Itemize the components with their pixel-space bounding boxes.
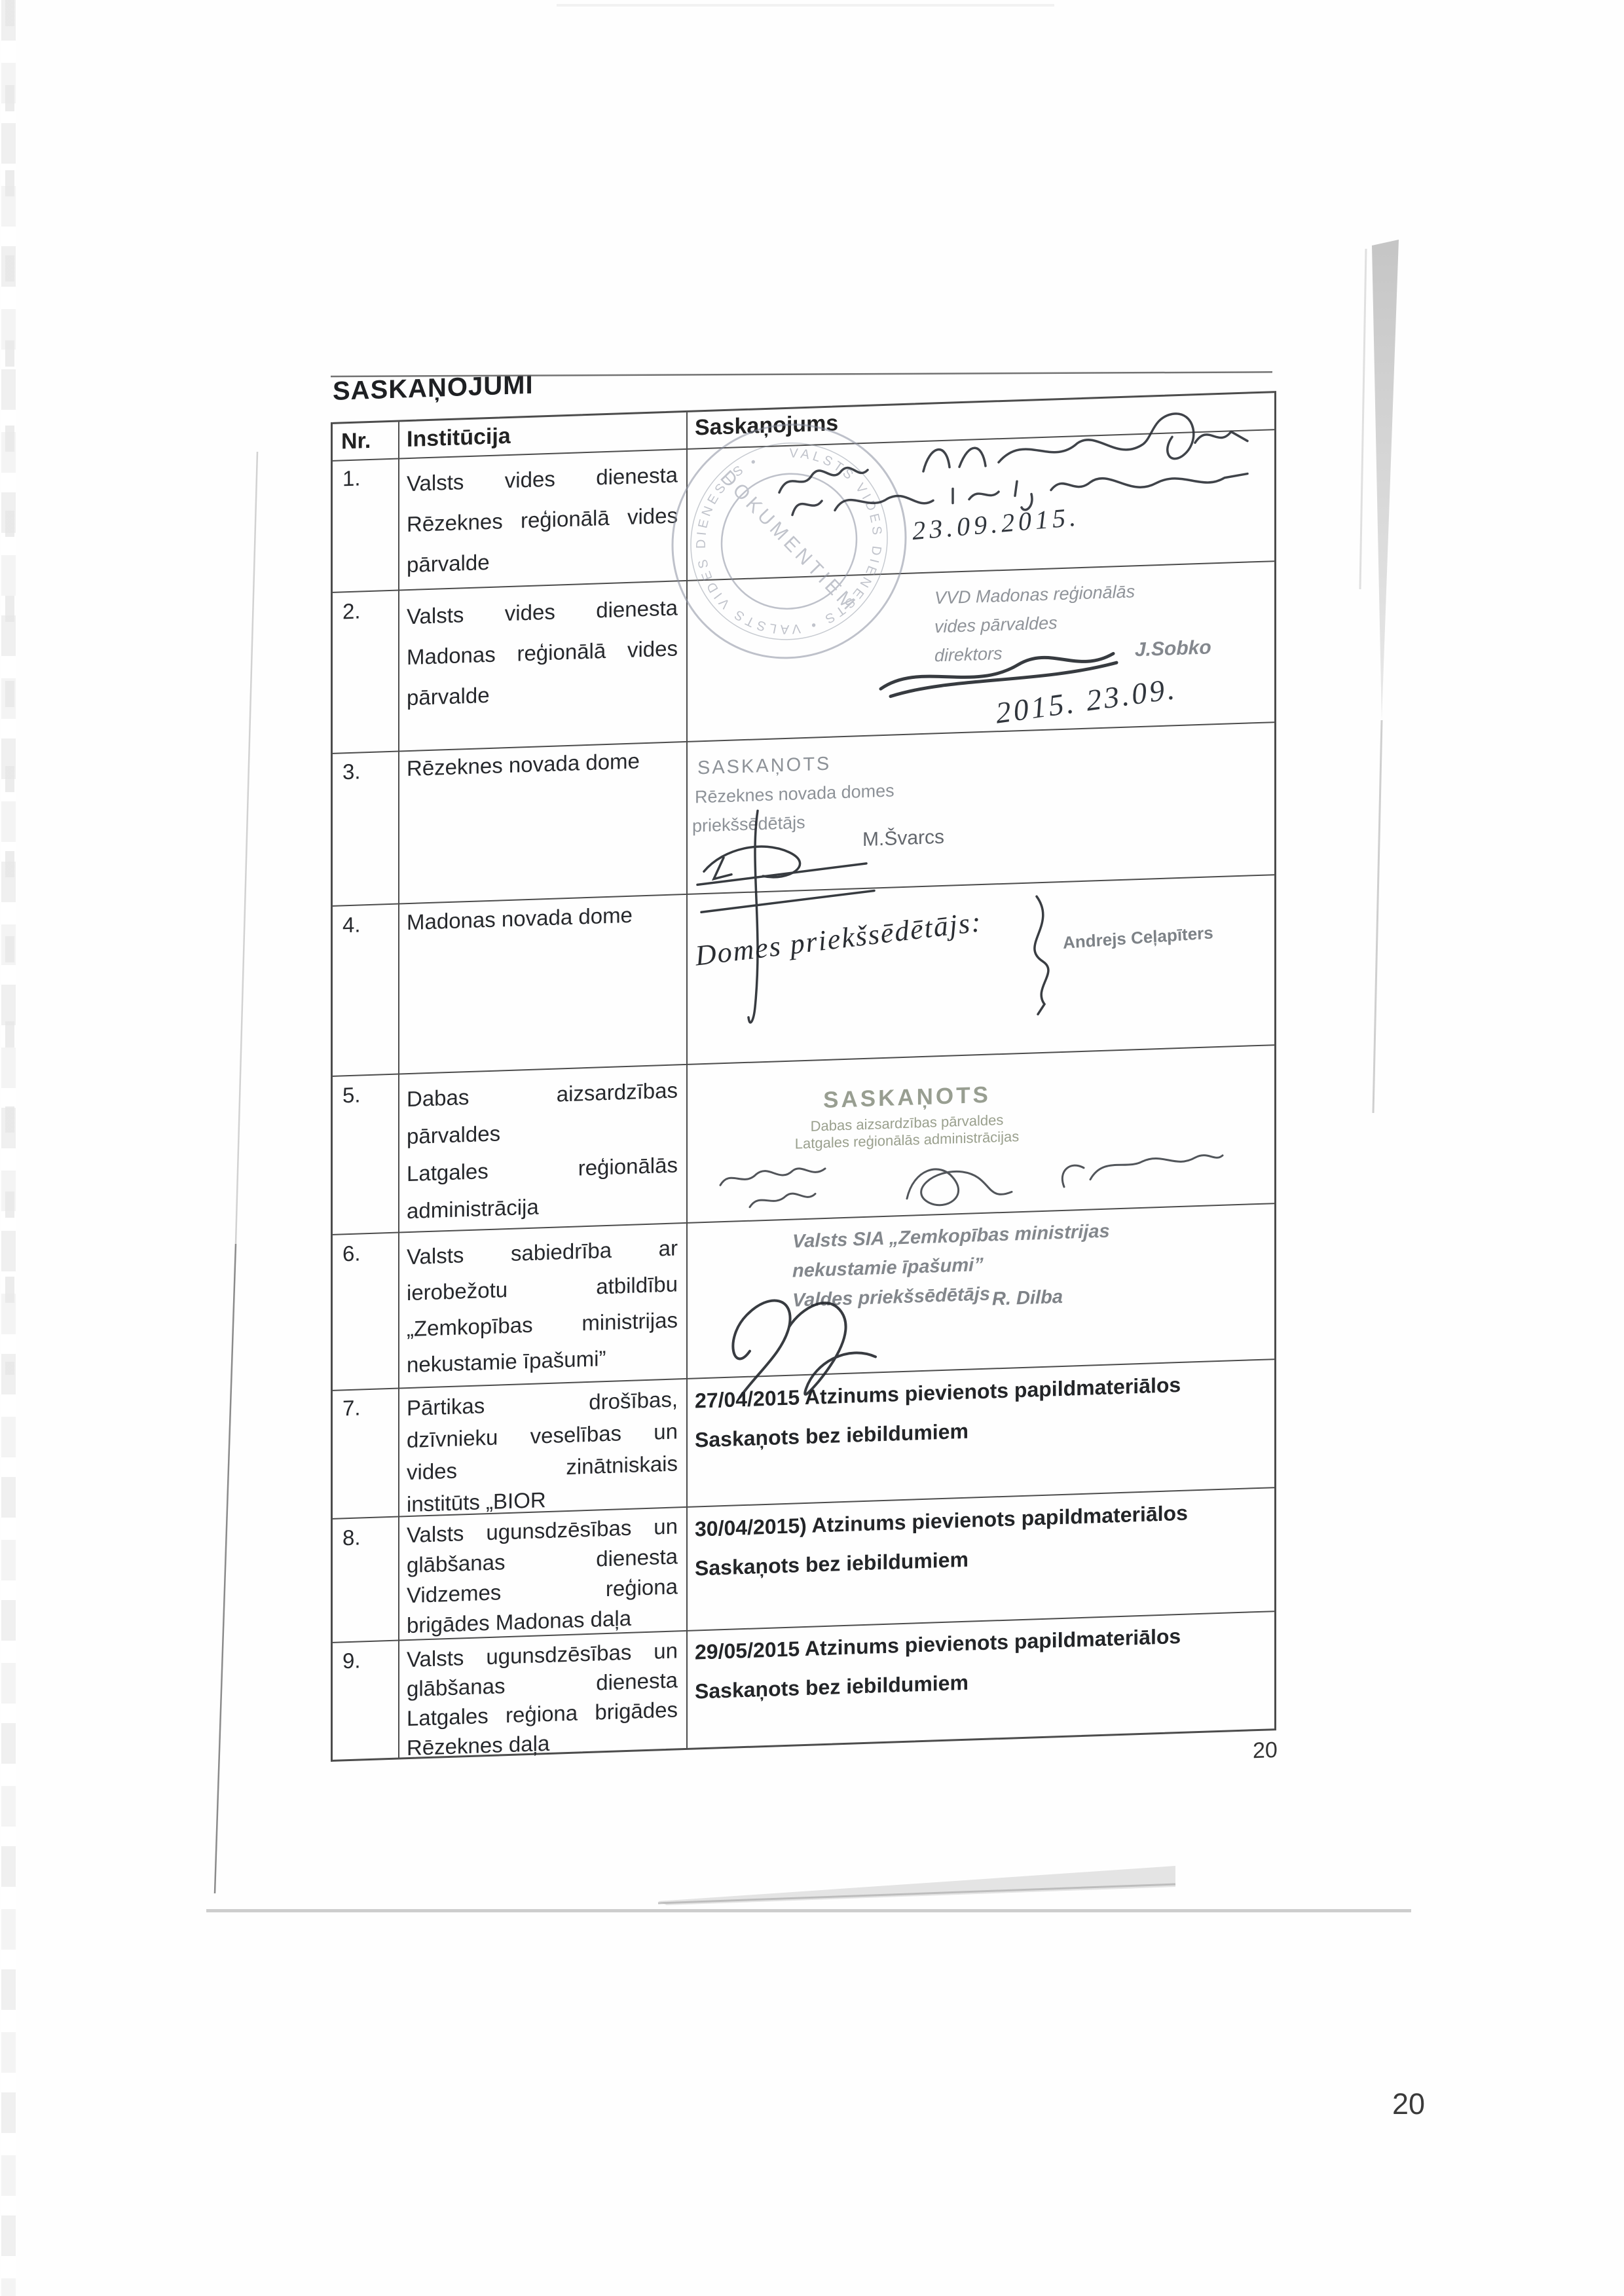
stamp-text-row2: VVD Madonas reģionālās vides pārvaldes d…	[934, 577, 1135, 670]
stamp-text-row5: SASKAŅOTS Dabas aizsardzības pārvaldes L…	[750, 1080, 1064, 1154]
header-institution: Institūcija	[407, 423, 511, 453]
header-approval: Saskaņojums	[695, 410, 838, 441]
signer-name-row6: R. Dilba	[992, 1283, 1063, 1315]
signer-name-row3: M.Švarcs	[862, 823, 944, 854]
row-nr: 4.	[342, 911, 361, 938]
scan-left-paper-edge	[196, 393, 282, 1964]
row-nr: 7.	[342, 1394, 361, 1421]
row-divider	[333, 874, 1274, 907]
column-divider-2	[686, 412, 688, 1748]
institution-cell: Dabas aizsardzības pārvaldes Latgales re…	[407, 1071, 678, 1230]
row-nr: 1.	[342, 465, 361, 492]
row-divider	[333, 1044, 1274, 1077]
row-nr: 9.	[342, 1647, 361, 1674]
institution-cell: Valsts vides dienesta Rēzeknes reģionālā…	[407, 454, 678, 585]
institution-cell: Valsts ugunsdzēsības un glābšanas dienes…	[407, 1511, 678, 1641]
row-nr: 6.	[342, 1240, 361, 1267]
header-nr: Nr.	[341, 428, 371, 455]
institution-cell: Valsts sabiedrība ar ierobežotu atbildīb…	[407, 1230, 678, 1383]
page-number: 20	[1392, 2087, 1425, 2121]
row-nr: 3.	[342, 758, 361, 785]
scan-top-line	[557, 4, 1054, 7]
row-divider	[333, 721, 1274, 754]
table-footer-page-number: 20	[1253, 1738, 1278, 1764]
document-sheet: SASKAŅOJUMI Nr. Institūcija Saskaņojums …	[331, 335, 1287, 1846]
row-nr: 8.	[342, 1524, 361, 1551]
institution-cell: Valsts vides dienesta Madonas reģionālā …	[407, 587, 678, 718]
institution-cell: Valsts ugunsdzēsības un glābšanas dienes…	[407, 1635, 678, 1762]
column-divider-1	[398, 422, 399, 1758]
signer-name-row2: J.Sobko	[1135, 633, 1211, 665]
institution-cell: Pārtikas drošības, dzīvnieku veselības u…	[407, 1383, 678, 1520]
scan-bottom-shadow	[196, 1846, 1428, 1931]
scan-right-shadow	[1336, 223, 1421, 1139]
page-title: SASKAŅOJUMI	[333, 371, 534, 407]
row-nr: 5.	[342, 1082, 361, 1108]
row-nr: 2.	[342, 598, 361, 625]
scanned-document-page: { "document": { "title": "SASKAŅOJUMI", …	[0, 0, 1624, 2296]
scan-edge-dashes-inner	[5, 0, 14, 1375]
